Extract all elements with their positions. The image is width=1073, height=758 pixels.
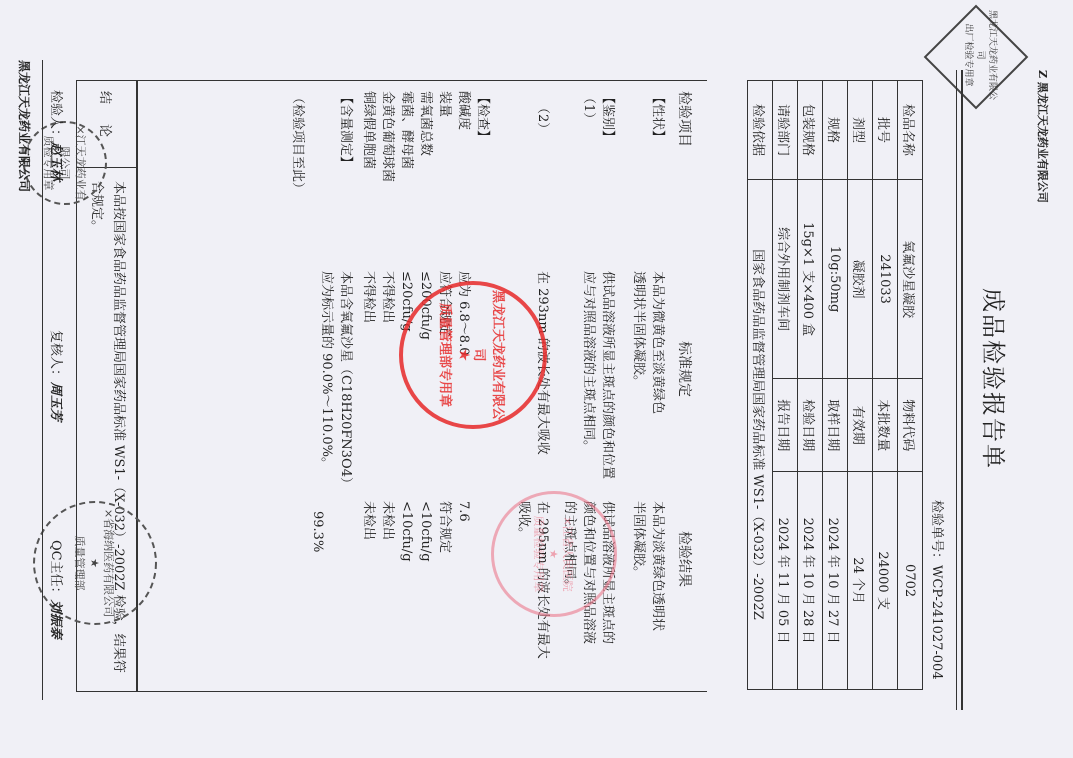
info-label: 取样日期 <box>823 379 848 472</box>
test-item: （2） <box>533 101 552 135</box>
test-standard: 本品为微黄色至淡黄绿色 透明状半固体凝胶。 <box>629 271 667 414</box>
info-row: 检品名称氧氟沙星凝胶物料代码0702 <box>898 81 923 690</box>
reviewer-label: 复核人： <box>48 330 63 382</box>
col-item-header: 检验项目 <box>675 91 695 147</box>
info-row: 规格10g:50mg取样日期2024 年 10 月 27 日 <box>823 81 848 690</box>
reviewer-signature: 复核人：周玉芳 <box>48 330 67 421</box>
inspector-signature: 检验人：赵玉林 <box>48 90 67 181</box>
qc-name: 刘振泰 <box>48 600 63 639</box>
info-label: 批号 <box>873 81 898 180</box>
company-name: 黑龙江天龙药业有限公司 <box>16 60 33 192</box>
test-result: 99.3% <box>308 511 327 552</box>
info-value: 0702 <box>898 472 923 690</box>
info-row: 包装规格15g×1 支×400 盒检验日期2024 年 10 月 28 日 <box>798 81 823 690</box>
reviewer-name: 周玉芳 <box>48 382 63 421</box>
test-item: 【含量测定】 <box>336 91 355 169</box>
info-label: 检品名称 <box>898 81 923 180</box>
inspector-name: 赵玉林 <box>48 142 63 181</box>
footer-rule <box>42 60 43 700</box>
info-label: 请验部门 <box>773 81 798 180</box>
info-row: 剂型凝胶剂有效期24 个月 <box>848 81 873 690</box>
qc-label: QC主任： <box>48 540 63 600</box>
test-item: 【鉴别】 （1） <box>579 91 617 143</box>
pink-hospital-stamp: ×江省人民医院 ★ 质量检验专用章 <box>491 491 617 617</box>
info-label: 规格 <box>823 81 848 180</box>
info-label: 本批数量 <box>873 379 898 472</box>
info-value: 2024 年 10 月 27 日 <box>823 472 848 690</box>
info-value: 241033 <box>873 180 898 379</box>
info-label: 物料代码 <box>898 379 923 472</box>
red-company-stamp: 黑龙江天龙药业有限公司 ★ 质量管理部专用章 <box>399 281 547 429</box>
info-value: 15g×1 支×400 盒 <box>798 180 823 379</box>
doc-code: Z 黑龙江天龙药业有限公司 <box>1035 70 1051 203</box>
test-item: 【性状】 <box>648 91 667 143</box>
info-label: 包装规格 <box>798 81 823 180</box>
report-page: Z 黑龙江天龙药业有限公司 黑龙江天龙药业有限公司 出厂检验专用章 成品检验报告… <box>0 0 1073 758</box>
info-value: 凝胶剂 <box>848 180 873 379</box>
test-result: 本品为淡黄绿色透明状 半固体凝胶。 <box>629 501 667 631</box>
col-standard-header: 标准规定 <box>675 341 695 397</box>
info-row: 批号241033本批数量24000 支 <box>873 81 898 690</box>
info-value: 2024 年 10 月 28 日 <box>798 472 823 690</box>
basis-row: 检验依据 国家食品药品监督管理局国家药品标准 WS1-（X-032）-2002Z <box>748 81 773 690</box>
basis-label: 检验依据 <box>748 81 773 180</box>
test-result: 7.6 符合规定 <10cfu/g <10cfu/g 未检出 未检出 <box>359 501 492 562</box>
info-label: 报告日期 <box>773 379 798 472</box>
report-number-label: 检验单号： <box>929 500 944 565</box>
report-number: 检验单号：WCP-241027-004 <box>929 500 948 680</box>
info-label: 检验日期 <box>798 379 823 472</box>
test-standard: 本品含氧氟沙星（C18H20FN3O4） 应为标示量的 90.0%～110.0%… <box>317 271 355 490</box>
col-result-header: 检验结果 <box>675 531 695 587</box>
page-title: 成品检验报告单 <box>978 0 1013 758</box>
info-table: 检品名称氧氟沙星凝胶物料代码0702批号241033本批数量24000 支剂型凝… <box>747 80 923 690</box>
report-number-value: WCP-241027-004 <box>929 565 944 680</box>
title-rule <box>956 70 963 710</box>
info-value: 氧氟沙星凝胶 <box>898 180 923 379</box>
info-label: 剂型 <box>848 81 873 180</box>
info-value: 24000 支 <box>873 472 898 690</box>
test-item: 【检查】 酸碱度 装量 需氧菌总数 霉菌、酵母菌 金黄色葡萄球菌 铜绿假单胞菌 <box>359 91 492 182</box>
test-standard: 供试品溶液所显主斑点的颜色和位置 应与对照品溶液的主斑点相同。 <box>579 271 617 479</box>
info-label: 有效期 <box>848 379 873 472</box>
info-value: 10g:50mg <box>823 180 848 379</box>
info-value: 2024 年 11 月 05 日 <box>773 472 798 690</box>
info-value: 24 个月 <box>848 472 873 690</box>
conclusion-box: 结论 本品按国家食品药品监督管理局国家药品标准 WS1-（X-032）-2002… <box>76 80 138 692</box>
tests-section: 检验项目 标准规定 检验结果 【性状】 本品为微黄色至淡黄绿色 透明状半固体凝胶… <box>136 80 707 692</box>
inspector-label: 检验人： <box>48 90 63 142</box>
info-value: 综合外用制剂车间 <box>773 180 798 379</box>
qc-signature: QC主任：刘振泰 <box>48 540 67 639</box>
end-note: （检验项目至此） <box>288 91 307 195</box>
basis-value: 国家食品药品监督管理局国家药品标准 WS1-（X-032）-2002Z <box>748 180 773 690</box>
info-row: 请验部门综合外用制剂车间报告日期2024 年 11 月 05 日 <box>773 81 798 690</box>
